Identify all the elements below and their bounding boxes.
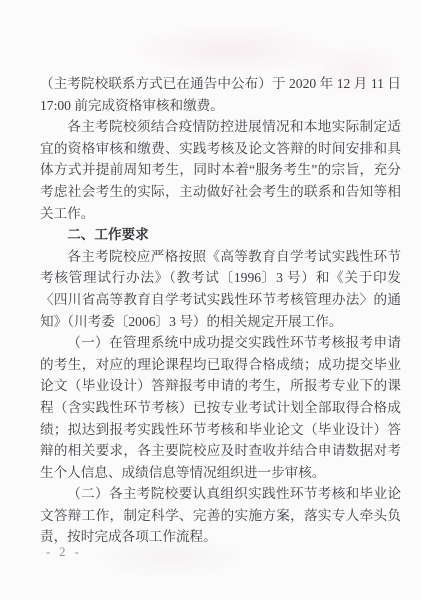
scan-artifact bbox=[120, 22, 340, 78]
section-heading: 二、工作要求 bbox=[40, 224, 401, 246]
paragraph-continuation: （主考院校联系方式已在通告中公布）于 2020 年 12 月 11 日 17:0… bbox=[40, 73, 401, 116]
scanned-document-page: （主考院校联系方式已在通告中公布）于 2020 年 12 月 11 日 17:0… bbox=[0, 0, 421, 600]
paragraph: （二）各主考院校要认真组织实践性环节考核和毕业论文答辩工作，制定科学、完善的实施… bbox=[40, 483, 401, 548]
paragraph: 各主考院校须结合疫情防控进展情况和本地实际制定适宜的资格审核和缴费、实践考核及论… bbox=[40, 116, 401, 224]
paragraph: 各主考院校应严格按照《高等教育自学考试实践性环节考核管理试行办法》（教考试〔19… bbox=[40, 246, 401, 332]
page-number: - 2 - bbox=[46, 545, 82, 560]
document-body: （主考院校联系方式已在通告中公布）于 2020 年 12 月 11 日 17:0… bbox=[40, 73, 401, 548]
paragraph: （一）在管理系统中成功提交实践性环节考核报考申请的考生，对应的理论课程均已取得合… bbox=[40, 332, 401, 483]
